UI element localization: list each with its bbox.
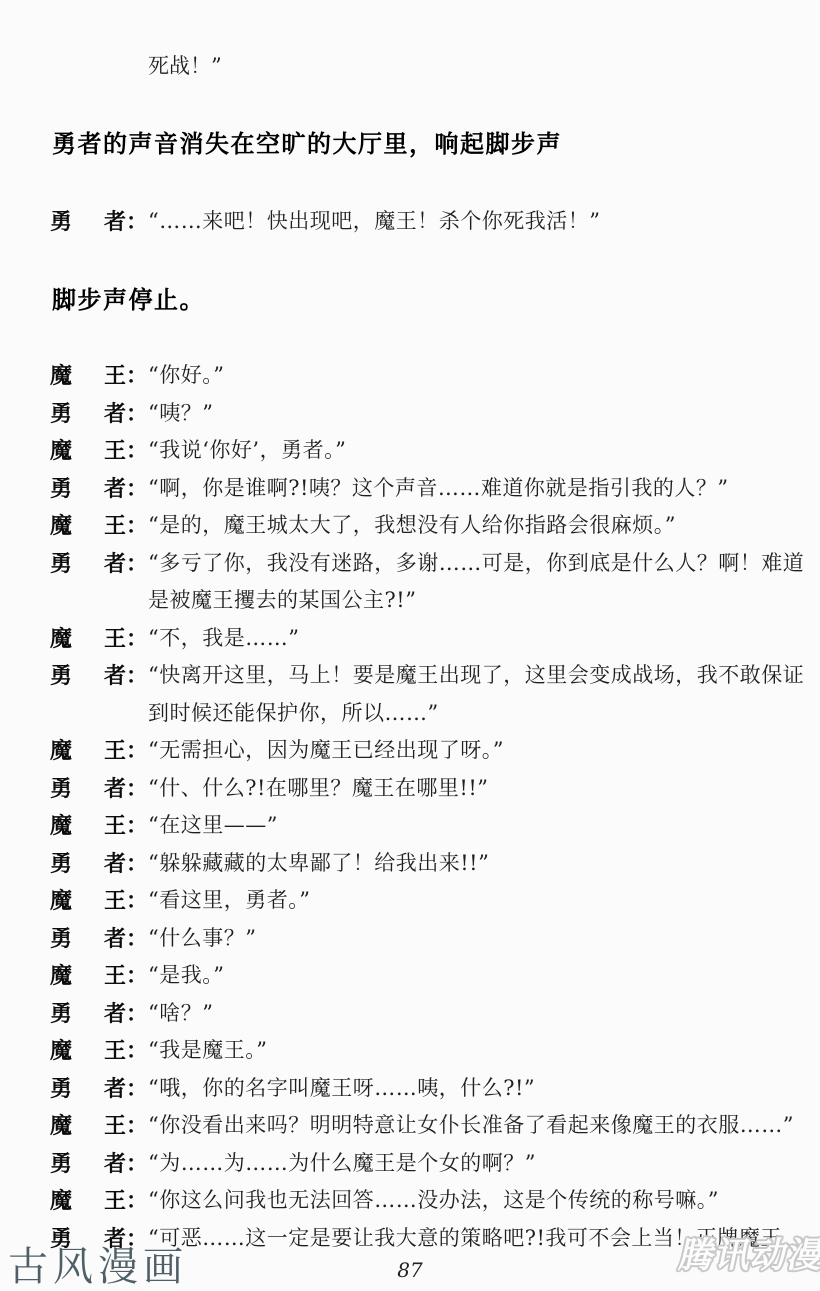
speaker-char-second: 王： xyxy=(104,507,148,545)
dialogue-line: “你好。” xyxy=(148,357,224,395)
speaker-char-second: 者： xyxy=(104,657,148,695)
speaker-char-second: 王： xyxy=(104,1032,148,1070)
speaker-char-second: 者： xyxy=(104,395,148,433)
dialogue-row: 魔王：“在这里——” xyxy=(0,807,820,845)
dialogue-row: 魔王：“看这里，勇者。” xyxy=(0,882,820,920)
speaker-label: 魔王： xyxy=(50,1182,148,1220)
dialogue-text: “……来吧！快出现吧，魔王！杀个你死我活！” xyxy=(148,203,600,241)
dialogue-line: “看这里，勇者。” xyxy=(148,882,310,920)
speaker-char-second: 者： xyxy=(104,995,148,1033)
speaker-char-first: 勇 xyxy=(50,995,72,1033)
dialogue-text: “什么事？” xyxy=(148,920,256,958)
dialogue-row: 勇者：“哦，你的名字叫魔王呀……咦，什么?!” xyxy=(0,1070,820,1108)
dialogue-line: “我是魔王。” xyxy=(148,1032,267,1070)
speaker-char-second: 王： xyxy=(104,1182,148,1220)
dialogue-line: “你这么问我也无法回答……没办法，这是个传统的称号嘛。” xyxy=(148,1182,719,1220)
dialogue-row: 魔王：“是的，魔王城太大了，我想没有人给你指路会很麻烦。” xyxy=(0,507,820,545)
dialogue-row: 勇者：“什、什么?!在哪里？魔王在哪里!!” xyxy=(0,770,820,808)
speaker-char-first: 魔 xyxy=(50,1107,72,1145)
speaker-label: 魔王： xyxy=(50,1032,148,1070)
dialogue-text: “不，我是……” xyxy=(148,620,299,658)
speaker-label: 勇者： xyxy=(50,845,148,883)
speaker-char-first: 勇 xyxy=(50,770,72,808)
speaker-label: 勇 者： xyxy=(50,203,148,241)
dialogue-row: 魔王：“你好。” xyxy=(0,357,820,395)
speaker-label: 魔王： xyxy=(50,1107,148,1145)
dialogue-line: “是我。” xyxy=(148,957,224,995)
opening-continuation-line: 死战！” xyxy=(148,48,820,86)
speaker-char-first: 魔 xyxy=(50,432,72,470)
speaker-label: 魔王： xyxy=(50,732,148,770)
speaker-label: 魔王： xyxy=(50,807,148,845)
speaker-char-second: 者： xyxy=(104,920,148,958)
dialogue-text: “你好。” xyxy=(148,357,224,395)
dialogue-text: “多亏了你，我没有迷路，多谢……可是，你到底是什么人？啊！难道是被魔王攫去的某国… xyxy=(148,545,804,620)
dialogue-line: “哦，你的名字叫魔王呀……咦，什么?!” xyxy=(148,1070,535,1108)
dialogue-text: “我说‘你好’，勇者。” xyxy=(148,432,346,470)
speaker-label: 魔王： xyxy=(50,507,148,545)
dialogue-line: “躲躲藏藏的太卑鄙了！给我出来!!” xyxy=(148,845,489,883)
dialogue-row: 魔王：“不，我是……” xyxy=(0,620,820,658)
speaker-char-second: 王： xyxy=(104,957,148,995)
speaker-char-second: 者： xyxy=(104,470,148,508)
speaker-char-first: 魔 xyxy=(50,882,72,920)
dialogue-line: “什么事？” xyxy=(148,920,256,958)
dialogue-line: “你没看出来吗？明明特意让女仆长准备了看起来像魔王的衣服……” xyxy=(148,1107,794,1145)
dialogue-row: 魔王：“你没看出来吗？明明特意让女仆长准备了看起来像魔王的衣服……” xyxy=(0,1107,820,1145)
dialogue-text: “在这里——” xyxy=(148,807,278,845)
speaker-char-first: 勇 xyxy=(50,845,72,883)
dialogue-row: 勇者：“快离开这里，马上！要是魔王出现了，这里会变成战场，我不敢保证到时候还能保… xyxy=(0,657,820,732)
speaker-label: 勇者： xyxy=(50,770,148,808)
dialogue-row: 勇者：“啊，你是谁啊?!咦？这个声音……难道你就是指引我的人？” xyxy=(0,470,820,508)
dialogue-text: “啥？” xyxy=(148,995,213,1033)
speaker-char-first: 魔 xyxy=(50,732,72,770)
speaker-char-first: 魔 xyxy=(50,1182,72,1220)
script-page: 死战！” 勇者的声音消失在空旷的大厅里，响起脚步声 勇 者： “……来吧！快出现… xyxy=(0,0,820,1291)
speaker-char-second: 者： xyxy=(104,1145,148,1183)
speaker-label: 勇者： xyxy=(50,545,148,583)
dialogue-row: 勇者：“什么事？” xyxy=(0,920,820,958)
speaker-label: 勇者： xyxy=(50,657,148,695)
dialogue-line: “在这里——” xyxy=(148,807,278,845)
speaker-char-second: 者： xyxy=(104,545,148,583)
speaker-char-first: 勇 xyxy=(50,920,72,958)
publisher-watermark: 古风漫画 xyxy=(8,1244,188,1290)
dialogue-line: “多亏了你，我没有迷路，多谢……可是，你到底是什么人？啊！难道 xyxy=(148,545,804,583)
speaker-char-second: 王： xyxy=(104,732,148,770)
speaker-label: 勇者： xyxy=(50,1145,148,1183)
tencent-comics-watermark: 腾讯动漫 xyxy=(676,1236,820,1276)
dialogue-text: “我是魔王。” xyxy=(148,1032,267,1070)
dialogue-text: “快离开这里，马上！要是魔王出现了，这里会变成战场，我不敢保证到时候还能保护你，… xyxy=(148,657,804,732)
dialogue-text: “是我。” xyxy=(148,957,224,995)
dialogue-line: “无需担心，因为魔王已经出现了呀。” xyxy=(148,732,504,770)
speaker-label: 魔王： xyxy=(50,620,148,658)
dialogue-line: “是的，魔王城太大了，我想没有人给你指路会很麻烦。” xyxy=(148,507,676,545)
speaker-char-second: 者： xyxy=(104,203,148,241)
dialogue-text: “啊，你是谁啊?!咦？这个声音……难道你就是指引我的人？” xyxy=(148,470,729,508)
dialogue-line: “咦？” xyxy=(148,395,213,433)
speaker-char-second: 者： xyxy=(104,770,148,808)
speaker-char-first: 勇 xyxy=(50,1070,72,1108)
dialogue-line: “我说‘你好’，勇者。” xyxy=(148,432,346,470)
speaker-char-first: 勇 xyxy=(50,395,72,433)
speaker-char-first: 勇 xyxy=(50,470,72,508)
dialogue-list: 魔王：“你好。”勇者：“咦？”魔王：“我说‘你好’，勇者。”勇者：“啊，你是谁啊… xyxy=(0,357,820,1257)
speaker-label: 勇者： xyxy=(50,395,148,433)
dialogue-text: “什、什么?!在哪里？魔王在哪里!!” xyxy=(148,770,489,808)
dialogue-text: “咦？” xyxy=(148,395,213,433)
speaker-char-second: 王： xyxy=(104,882,148,920)
dialogue-text: “为……为……为什么魔王是个女的啊？” xyxy=(148,1145,536,1183)
speaker-label: 魔王： xyxy=(50,432,148,470)
speaker-char-first: 魔 xyxy=(50,1032,72,1070)
speaker-char-second: 王： xyxy=(104,432,148,470)
dialogue-row: 魔王：“你这么问我也无法回答……没办法，这是个传统的称号嘛。” xyxy=(0,1182,820,1220)
dialogue-text: “无需担心，因为魔王已经出现了呀。” xyxy=(148,732,504,770)
dialogue-row: 魔王：“我是魔王。” xyxy=(0,1032,820,1070)
speaker-char-second: 者： xyxy=(104,845,148,883)
dialogue-line: “不，我是……” xyxy=(148,620,299,658)
speaker-char-first: 魔 xyxy=(50,957,72,995)
speaker-label: 勇者： xyxy=(50,995,148,1033)
dialogue-text: “你这么问我也无法回答……没办法，这是个传统的称号嘛。” xyxy=(148,1182,719,1220)
speaker-char-first: 魔 xyxy=(50,620,72,658)
dialogue-line: “啊，你是谁啊?!咦？这个声音……难道你就是指引我的人？” xyxy=(148,470,729,508)
scene-heading-footsteps-stop: 脚步声停止。 xyxy=(52,282,820,320)
dialogue-row: 勇者：“躲躲藏藏的太卑鄙了！给我出来!!” xyxy=(0,845,820,883)
dialogue-text: “你没看出来吗？明明特意让女仆长准备了看起来像魔王的衣服……” xyxy=(148,1107,794,1145)
dialogue-line: 到时候还能保护你，所以……” xyxy=(148,695,804,733)
speaker-char-second: 王： xyxy=(104,1107,148,1145)
dialogue-row: 勇者：“咦？” xyxy=(0,395,820,433)
dialogue-line: “啥？” xyxy=(148,995,213,1033)
dialogue-text: “哦，你的名字叫魔王呀……咦，什么?!” xyxy=(148,1070,535,1108)
speaker-label: 勇者： xyxy=(50,470,148,508)
dialogue-line: “……来吧！快出现吧，魔王！杀个你死我活！” xyxy=(148,203,600,241)
dialogue-row: 勇 者： “……来吧！快出现吧，魔王！杀个你死我活！” xyxy=(0,203,820,241)
speaker-char-second: 王： xyxy=(104,620,148,658)
dialogue-line: “快离开这里，马上！要是魔王出现了，这里会变成战场，我不敢保证 xyxy=(148,657,804,695)
speaker-char-first: 勇 xyxy=(50,657,72,695)
speaker-char-first: 勇 xyxy=(50,203,72,241)
speaker-char-first: 勇 xyxy=(50,545,72,583)
speaker-label: 魔王： xyxy=(50,357,148,395)
speaker-label: 魔王： xyxy=(50,882,148,920)
dialogue-row: 勇者：“多亏了你，我没有迷路，多谢……可是，你到底是什么人？啊！难道是被魔王攫去… xyxy=(0,545,820,620)
dialogue-row: 勇者：“为……为……为什么魔王是个女的啊？” xyxy=(0,1145,820,1183)
dialogue-text: “看这里，勇者。” xyxy=(148,882,310,920)
speaker-char-first: 魔 xyxy=(50,507,72,545)
dialogue-row: 魔王：“是我。” xyxy=(0,957,820,995)
dialogue-row: 魔王：“无需担心，因为魔王已经出现了呀。” xyxy=(0,732,820,770)
speaker-label: 魔王： xyxy=(50,957,148,995)
speaker-char-second: 王： xyxy=(104,357,148,395)
dialogue-text: “躲躲藏藏的太卑鄙了！给我出来!!” xyxy=(148,845,489,883)
dialogue-line: “什、什么?!在哪里？魔王在哪里!!” xyxy=(148,770,489,808)
dialogue-text: “是的，魔王城太大了，我想没有人给你指路会很麻烦。” xyxy=(148,507,676,545)
speaker-char-second: 者： xyxy=(104,1070,148,1108)
dialogue-row: 勇者：“啥？” xyxy=(0,995,820,1033)
scene-heading-footsteps: 勇者的声音消失在空旷的大厅里，响起脚步声 xyxy=(52,126,820,164)
speaker-char-second: 王： xyxy=(104,807,148,845)
speaker-char-first: 魔 xyxy=(50,807,72,845)
speaker-label: 勇者： xyxy=(50,920,148,958)
dialogue-line: 是被魔王攫去的某国公主?!” xyxy=(148,582,804,620)
speaker-label: 勇者： xyxy=(50,1070,148,1108)
dialogue-row: 魔王：“我说‘你好’，勇者。” xyxy=(0,432,820,470)
speaker-char-first: 勇 xyxy=(50,1145,72,1183)
dialogue-line: “为……为……为什么魔王是个女的啊？” xyxy=(148,1145,536,1183)
speaker-char-first: 魔 xyxy=(50,357,72,395)
